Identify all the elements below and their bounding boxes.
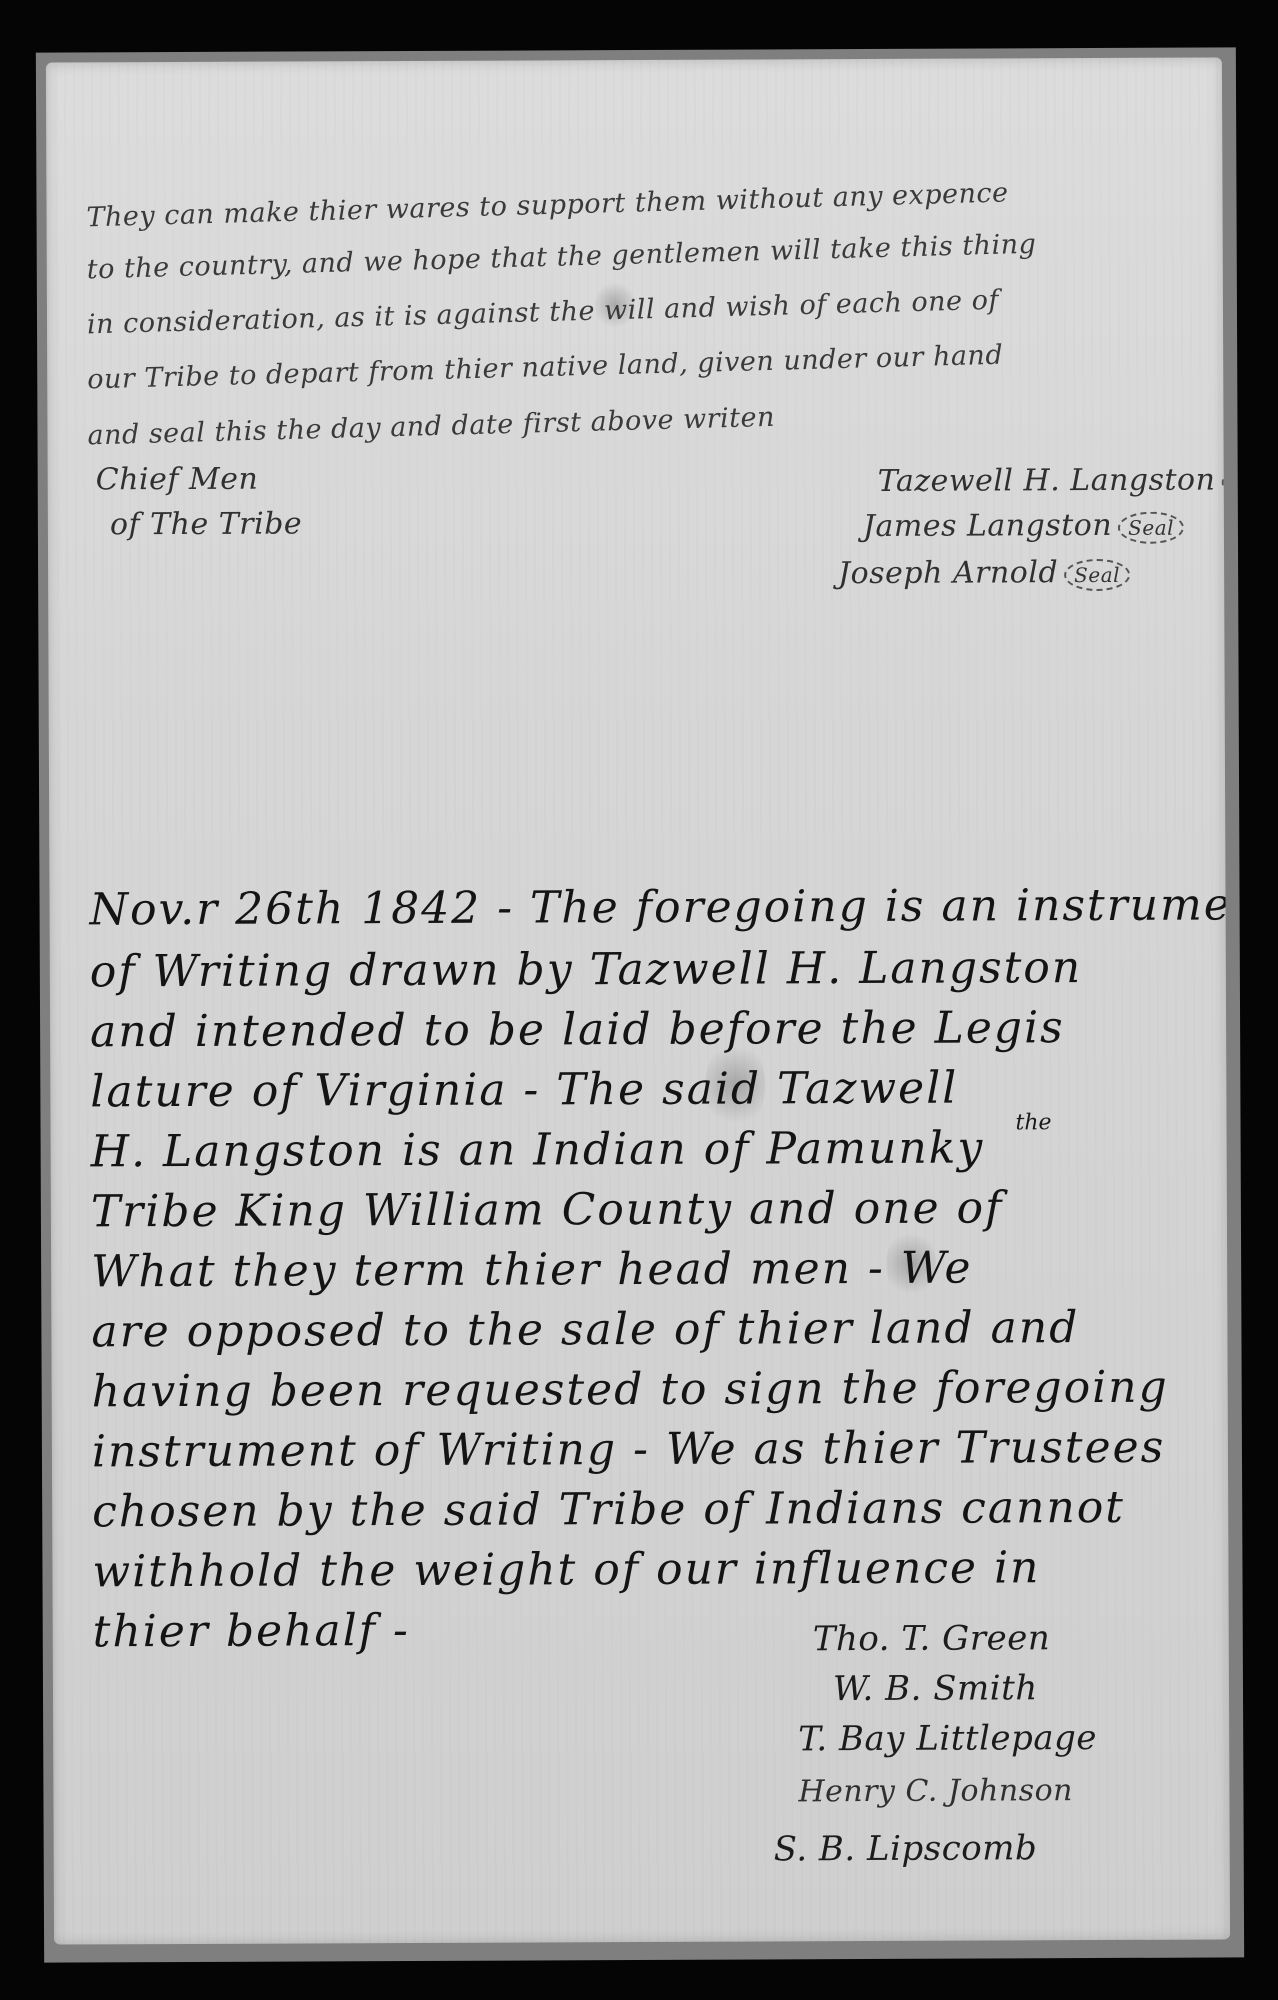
- upper-text-line: our Tribe to depart from thier native la…: [87, 340, 1004, 396]
- lower-text-line: having been requested to sign the forego…: [92, 1362, 1169, 1418]
- attestation-line: of The Tribe: [110, 506, 302, 542]
- lower-text-line: chosen by the said Tribe of Indians cann…: [92, 1482, 1125, 1538]
- lower-text-line: Nov.r 26th 1842 - The foregoing is an in…: [89, 879, 1230, 935]
- lower-text-line: H. Langston is an Indian of Pamunky: [91, 1122, 985, 1177]
- signature-henry-johnson: Henry C. Johnson: [798, 1773, 1073, 1809]
- lower-text-line: lature of Virginia - The said Tazwell: [90, 1063, 958, 1118]
- lower-text-line: and intended to be laid before the Legis: [90, 1002, 1065, 1057]
- lower-text-line: withhold the weight of our influence in: [92, 1542, 1040, 1597]
- seal-mark-icon: Seal: [1118, 512, 1184, 544]
- signatory-name: James Langston: [863, 508, 1112, 544]
- document-page: They can make thier wares to support the…: [46, 57, 1230, 1944]
- lower-text-line: What they term thier head men - We: [91, 1243, 973, 1298]
- signature-tazewell-langston: Tazewell H. LangstonSeal: [878, 462, 1230, 500]
- lower-text-line: of Writing drawn by Tazwell H. Langston: [90, 942, 1083, 997]
- upper-text-line: They can make thier wares to support the…: [86, 177, 1009, 233]
- lower-text-line: Tribe King William County and one of: [91, 1182, 1004, 1237]
- upper-text-line: in consideration, as it is against the w…: [87, 285, 1000, 341]
- interlinear-insert: the: [1015, 1110, 1051, 1135]
- lower-text-line: instrument of Writing - We as thier Trus…: [92, 1422, 1165, 1478]
- document-sheet-edge: They can make thier wares to support the…: [36, 47, 1244, 1962]
- signature-lipscomb: S. B. Lipscomb: [774, 1828, 1038, 1869]
- lower-text-line: thier behalf -: [93, 1605, 410, 1657]
- signature-james-langston: James LangstonSeal: [863, 508, 1184, 545]
- seal-mark-icon: Seal: [1221, 466, 1230, 498]
- seal-mark-icon: Seal: [1064, 559, 1130, 591]
- signatory-name: Joseph Arnold: [838, 555, 1058, 591]
- signature-tho-green: Tho. T. Green: [813, 1618, 1051, 1659]
- signatory-name: Tazewell H. Langston: [878, 462, 1216, 498]
- viewer-background: They can make thier wares to support the…: [0, 0, 1278, 2000]
- signature-wb-smith: W. B. Smith: [833, 1668, 1038, 1709]
- signature-joseph-arnold: Joseph ArnoldSeal: [838, 555, 1130, 592]
- upper-text-line: to the country, and we hope that the gen…: [86, 229, 1036, 286]
- lower-text-line: are opposed to the sale of thier land an…: [91, 1302, 1079, 1357]
- upper-text-line: and seal this the day and date first abo…: [87, 402, 775, 452]
- attestation-line: Chief Men: [96, 462, 259, 498]
- signature-littlepage: T. Bay Littlepage: [798, 1718, 1097, 1759]
